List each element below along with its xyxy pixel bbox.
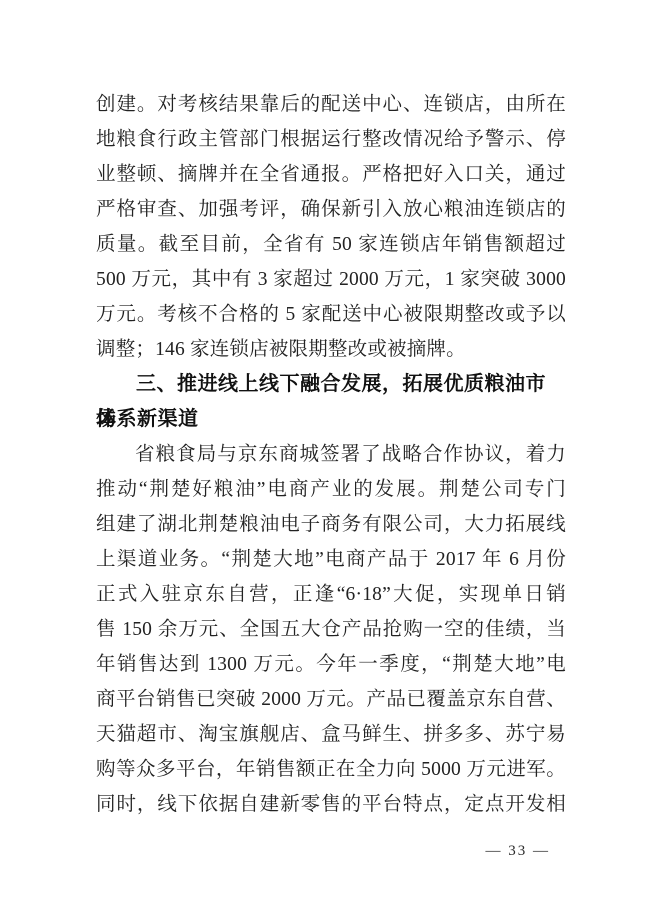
page-number: — 33 — (486, 843, 551, 859)
text-line: 上渠道业务。“荆楚大地”电商产品于 2017 年 6 月份 (96, 542, 566, 577)
text-line: 年销售达到 1300 万元。今年一季度，“荆楚大地”电 (96, 647, 566, 682)
text-line: 正式入驻京东自营，正逢“6·18”大促，实现单日销 (96, 577, 566, 612)
text-line: 万元。考核不合格的 5 家配送中心被限期整改或予以 (96, 297, 566, 332)
page-footer: — 33 — (486, 840, 551, 862)
text-line: 严格审查、加强考评，确保新引入放心粮油连锁店的 (96, 192, 566, 227)
text-line: 售 150 余万元、全国五大仓产品抢购一空的佳绩，当 (96, 612, 566, 647)
text-line: 地粮食行政主管部门根据运行整改情况给予警示、停 (96, 122, 566, 157)
section-heading-line: 三、推进线上线下融合发展，拓展优质粮油市场 (96, 367, 566, 402)
text-line: 创建。对考核结果靠后的配送中心、连锁店，由所在 (96, 87, 566, 122)
text-line: 天猫超市、淘宝旗舰店、盒马鲜生、拼多多、苏宁易 (96, 717, 566, 752)
text-line: 组建了湖北荆楚粮油电子商务有限公司，大力拓展线 (96, 507, 566, 542)
text-line: 500 万元，其中有 3 家超过 2000 万元，1 家突破 3000 (96, 262, 566, 297)
document-content: 创建。对考核结果靠后的配送中心、连锁店，由所在 地粮食行政主管部门根据运行整改情… (96, 87, 566, 822)
text-line: 省粮食局与京东商城签署了战略合作协议，着力 (96, 437, 566, 472)
document-page: 创建。对考核结果靠后的配送中心、连锁店，由所在 地粮食行政主管部门根据运行整改情… (0, 0, 650, 919)
text-line: 调整；146 家连锁店被限期整改或被摘牌。 (96, 332, 566, 367)
text-line: 购等众多平台，年销售额正在全力向 5000 万元进军。 (96, 752, 566, 787)
text-line: 业整顿、摘牌并在全省通报。严格把好入口关，通过 (96, 157, 566, 192)
text-line: 质量。截至目前，全省有 50 家连锁店年销售额超过 (96, 227, 566, 262)
text-line: 推动“荆楚好粮油”电商产业的发展。荆楚公司专门 (96, 472, 566, 507)
text-line: 商平台销售已突破 2000 万元。产品已覆盖京东自营、 (96, 682, 566, 717)
section-heading-line: 体系新渠道 (96, 402, 566, 437)
text-line: 同时，线下依据自建新零售的平台特点，定点开发相 (96, 787, 566, 822)
